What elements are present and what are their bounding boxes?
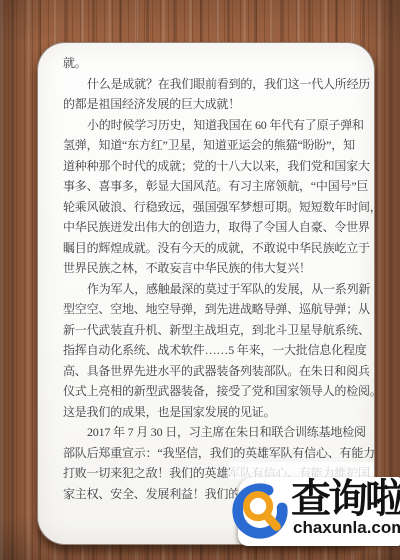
text-line: 小的时候学习历史，知道我国在 60 年代有了原子弹和 bbox=[63, 115, 365, 136]
text-line: 2017 年 7 月 30 日，习主席在朱日和联合训练基地检阅 bbox=[63, 422, 365, 443]
text-line: 仪式上亮相的新型武器装备，接受了党和国家领导人的检阅。 bbox=[63, 381, 365, 402]
watermark-domain-text: chaxunla.com bbox=[293, 518, 400, 537]
photo-of-document: { "document": { "language": "zh-CN", "li… bbox=[0, 0, 400, 560]
text-line: 事多、喜事多，彰显大国风范。有习主席领航，“中国号”巨 bbox=[63, 176, 365, 197]
text-line: 氢弹，知道“东方红”卫星，知道亚运会的熊猫“盼盼”，知 bbox=[63, 135, 365, 156]
text-line: 作为军人，感触最深的莫过于军队的发展，从一系列新 bbox=[63, 279, 365, 300]
text-line: 型空空、空地、地空导弹，到先进战略导弹、巡航导弹；从 bbox=[63, 299, 365, 320]
text-line: 道种种那个时代的成就；党的十八大以来，我们党和国家大 bbox=[63, 156, 365, 177]
text-line: 世界民族之林，不敢妄言中华民族的伟大复兴！ bbox=[63, 258, 365, 279]
text-line: 瞩目的辉煌成就。没有今天的成就，不敢说中华民族屹立于 bbox=[63, 238, 365, 259]
magnifier-logo-icon bbox=[229, 480, 291, 542]
watermark-brand-text: 查询啦 bbox=[291, 477, 400, 521]
text-line: 指挥自动化系统、战术软件……5 年来，一大批信息化程度 bbox=[63, 340, 365, 361]
text-line: 轮乘风破浪、行稳致远，强国强军梦想可期。短短数年时间， bbox=[63, 197, 365, 218]
text-line: 这是我们的成果，也是国家发展的见证。 bbox=[63, 402, 365, 423]
text-line: 什么是成就？在我们眼前看到的，我们这一代人所经历 bbox=[63, 74, 365, 95]
text-line: 的都是祖国经济发展的巨大成就！ bbox=[63, 94, 365, 115]
text-line: 就。 bbox=[63, 53, 365, 74]
document-text: 就。什么是成就？在我们眼前看到的，我们这一代人所经历的都是祖国经济发展的巨大成就… bbox=[63, 53, 365, 504]
text-line: 中华民族迸发出伟大的创造力，取得了令国人自豪、令世界 bbox=[63, 217, 365, 238]
text-line: 部队后郑重宣示：“我坚信，我们的英雄军队有信心、有能力 bbox=[63, 443, 365, 464]
text-line: 新一代武装直升机、新型主战坦克，到北斗卫星导航系统、 bbox=[63, 320, 365, 341]
text-line: 高、具备世界先进水平的武器装备列装部队。在朱日和阅兵 bbox=[63, 361, 365, 382]
